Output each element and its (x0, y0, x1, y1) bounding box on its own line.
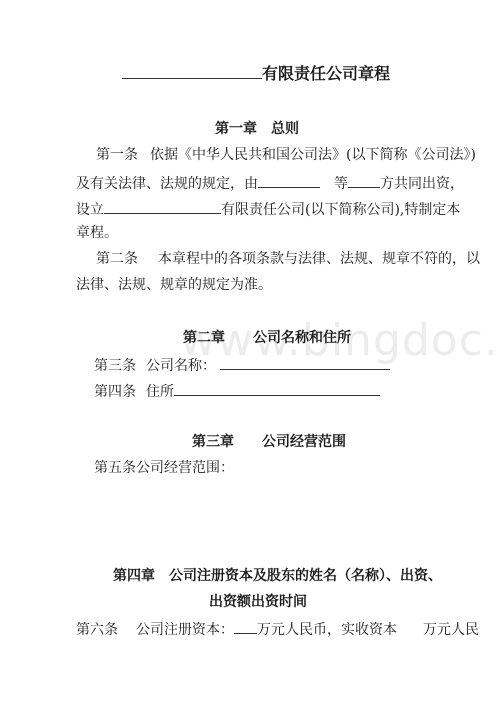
article1-line4: 章程。 (76, 224, 118, 242)
company-name-field[interactable] (220, 355, 390, 370)
party-count-blank[interactable] (348, 173, 380, 188)
chapter3-heading: 第三章 公司经营范围 (192, 433, 346, 451)
article3-text: 公司名称： (146, 358, 216, 374)
article6-label: 第六条 (76, 622, 118, 638)
chapter4-heading-line2: 出资额出资时间 (209, 593, 307, 611)
article2-text: 本章程中的各项条款与法律、法规、规章不符的，以 (158, 251, 480, 267)
chapter2-heading: 第二章 公司名称和住所 (183, 329, 351, 347)
article1-line3: 设立有限责任公司(以下简称公司),特制定本 (76, 199, 460, 219)
article5: 第五条公司经营范围： (94, 459, 234, 477)
article1-line2: 及有关法律、法规的规定，由等方共同出资， (76, 173, 464, 193)
document-title: 有限责任公司章程 (122, 64, 390, 83)
article6-text-a: 公司注册资本： (136, 622, 234, 638)
article3: 第三条公司名称： (94, 355, 390, 375)
registered-capital-blank[interactable] (234, 619, 257, 634)
company-name-blank-2[interactable] (104, 199, 221, 214)
article1-line1: 第一条依据《中华人民共和国公司法》(以下简称《公司法》) (96, 146, 476, 164)
article1-text: 依据《中华人民共和国公司法》(以下简称《公司法》) (150, 147, 476, 163)
article4: 第四条住所 (94, 381, 380, 401)
article1-text-b: 等 (334, 176, 348, 192)
article2-line2: 法律、法规、规章的规定为准。 (76, 276, 272, 294)
article1-text-c: 方共同出资， (380, 176, 464, 192)
article1-text-a: 及有关法律、法规的规定，由 (76, 176, 258, 192)
article1-label: 第一条 (96, 147, 138, 163)
chapter4-heading-line1: 第四章 公司注册资本及股东的姓名（名称）、出资、 (113, 567, 442, 585)
document-page: www.bingdoc.com 有限责任公司章程 第一章 总则 第一条依据《中华… (0, 0, 500, 708)
address-field[interactable] (174, 381, 380, 396)
article3-label: 第三条 (94, 358, 136, 374)
article1-text-e: 有限责任公司(以下简称公司),特制定本 (221, 202, 460, 218)
shareholder-blank[interactable] (258, 173, 320, 188)
title-text: 有限责任公司章程 (262, 64, 390, 83)
article6-text-b: 万元人民币，实收资本 (257, 622, 397, 638)
article6: 第六条公司注册资本：万元人民币，实收资本万元人民 (76, 619, 479, 639)
article6-text-c: 万元人民 (423, 622, 479, 638)
chapter1-heading: 第一章 总则 (215, 120, 299, 138)
article2-label: 第二条 (96, 251, 138, 267)
company-name-blank[interactable] (122, 64, 262, 79)
article4-text: 住所 (146, 384, 174, 400)
article1-text-d: 设立 (76, 202, 104, 218)
article2-line1: 第二条本章程中的各项条款与法律、法规、规章不符的，以 (96, 250, 480, 268)
article4-label: 第四条 (94, 384, 136, 400)
